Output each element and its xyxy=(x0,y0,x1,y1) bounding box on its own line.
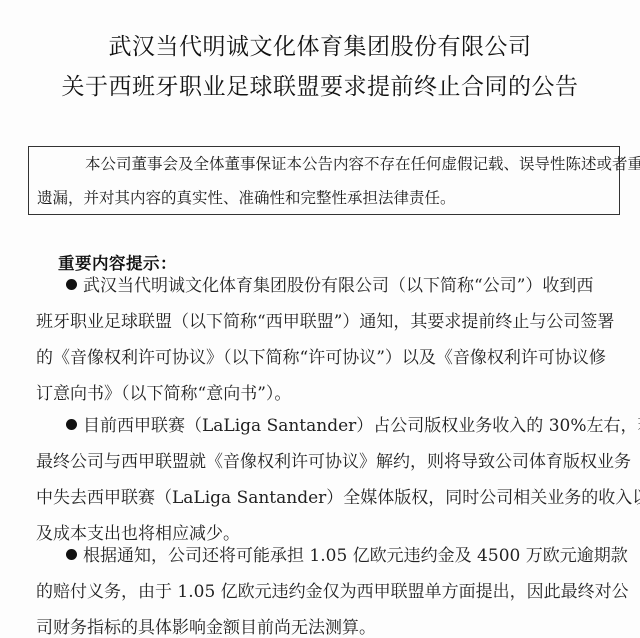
paragraph-line: 的赔付义务，由于 1.05 亿欧元违约金仅为西甲联盟单方面提出，因此最终对公 xyxy=(36,574,606,610)
paragraph-line: 班牙职业足球联盟（以下简称“西甲联盟”）通知，其要求提前终止与公司签署 xyxy=(36,304,606,340)
paragraph-penalty: 根据通知，公司还将可能承担 1.05 亿欧元违约金及 4500 万欧元逾期款 的… xyxy=(36,538,606,638)
announcement-title: 关于西班牙职业足球联盟要求提前终止合同的公告 xyxy=(0,68,640,101)
paragraph-line: 司财务指标的具体影响金额目前尚无法测算。 xyxy=(36,610,606,638)
disclaimer-box: 本公司董事会及全体董事保证本公告内容不存在任何虚假记载、误导性陈述或者重大 遗漏… xyxy=(28,146,620,215)
disclaimer-line: 本公司董事会及全体董事保证本公告内容不存在任何虚假记载、误导性陈述或者重大 xyxy=(37,147,611,181)
bullet-icon xyxy=(66,549,77,560)
paragraph-line: 最终公司与西甲联盟就《音像权利许可协议》解约，则将导致公司体育版权业务 xyxy=(36,444,606,480)
paragraph-revenue-impact: 目前西甲联赛（LaLiga Santander）占公司版权业务收入的 30%左右… xyxy=(36,408,606,552)
paragraph-termination-notice: 武汉当代明诚文化体育集团股份有限公司（以下简称“公司”）收到西 班牙职业足球联盟… xyxy=(36,268,606,412)
company-title: 武汉当代明诚文化体育集团股份有限公司 xyxy=(0,28,640,61)
paragraph-line: 的《音像权利许可协议》（以下简称“许可协议”）以及《音像权利许可协议修 xyxy=(36,340,606,376)
paragraph-line: 根据通知，公司还将可能承担 1.05 亿欧元违约金及 4500 万欧元逾期款 xyxy=(36,538,606,574)
paragraph-line: 武汉当代明诚文化体育集团股份有限公司（以下简称“公司”）收到西 xyxy=(36,268,606,304)
bullet-icon xyxy=(66,419,77,430)
paragraph-text: 目前西甲联赛（LaLiga Santander）占公司版权业务收入的 30%左右… xyxy=(83,416,640,436)
paragraph-text: 武汉当代明诚文化体育集团股份有限公司（以下简称“公司”）收到西 xyxy=(83,276,593,296)
bullet-icon xyxy=(66,279,77,290)
disclaimer-line: 遗漏，并对其内容的真实性、准确性和完整性承担法律责任。 xyxy=(37,181,611,215)
paragraph-text: 根据通知，公司还将可能承担 1.05 亿欧元违约金及 4500 万欧元逾期款 xyxy=(83,546,628,566)
paragraph-line: 目前西甲联赛（LaLiga Santander）占公司版权业务收入的 30%左右… xyxy=(36,408,606,444)
paragraph-line: 订意向书》（以下简称“意向书”）。 xyxy=(36,376,606,412)
paragraph-line: 中失去西甲联赛（LaLiga Santander）全媒体版权，同时公司相关业务的… xyxy=(36,480,606,516)
